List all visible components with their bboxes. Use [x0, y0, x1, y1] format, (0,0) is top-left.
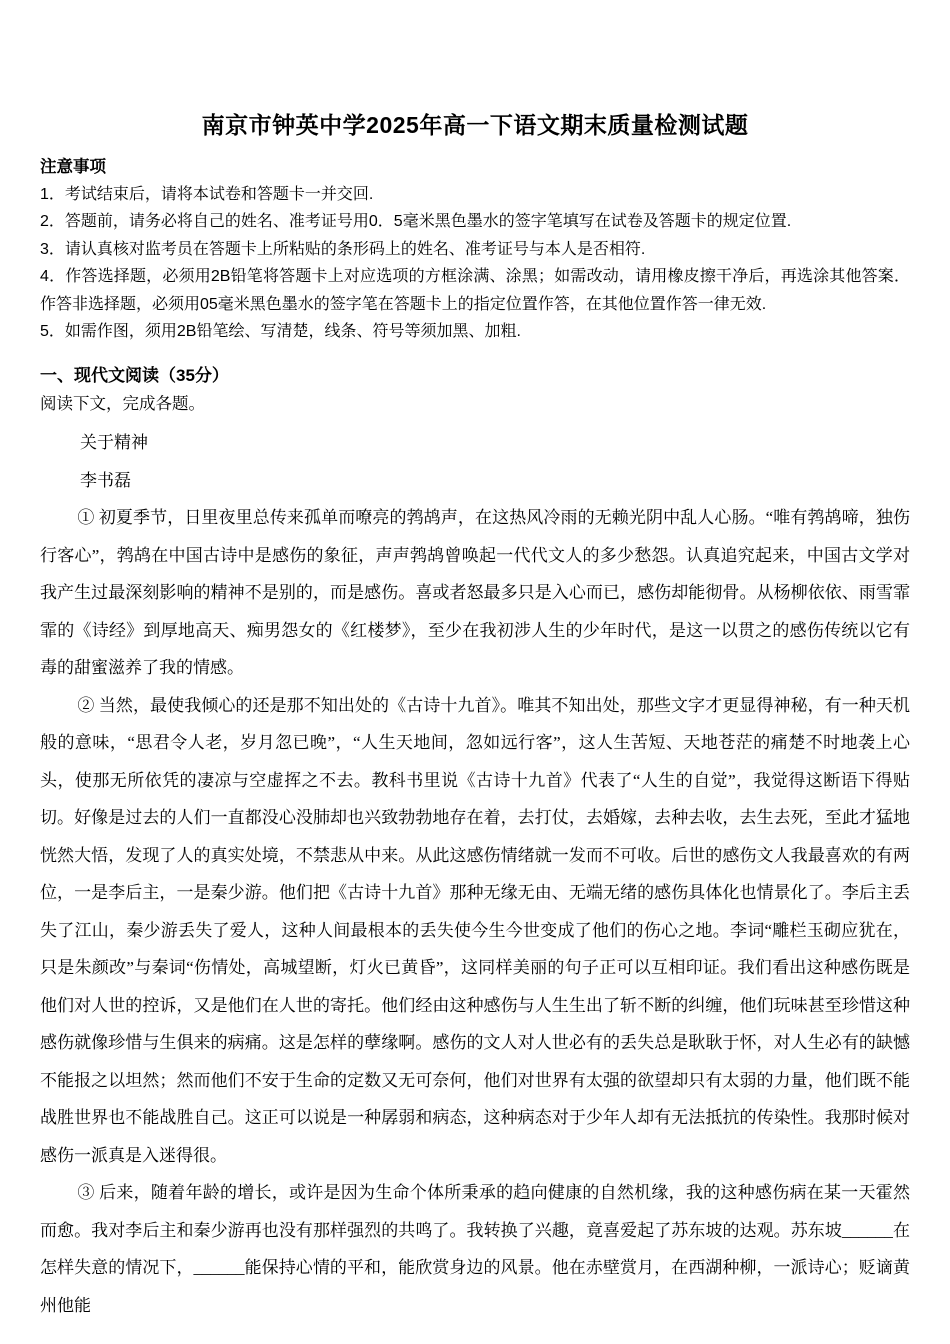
notice-heading: 注意事项	[40, 154, 910, 181]
notice-item-2: 2．答题前，请务必将自己的姓名、准考证号用0．5毫米黑色墨水的签字笔填写在试卷及…	[40, 208, 910, 235]
notice-item-1: 1．考试结束后，请将本试卷和答题卡一并交回.	[40, 181, 910, 208]
notice-item-4: 4．作答选择题，必须用2B铅笔将答题卡上对应选项的方框涂满、涂黑；如需改动，请用…	[40, 263, 910, 318]
section-heading: 一、现代文阅读（35分）	[40, 362, 910, 390]
essay-paragraph-1: ① 初夏季节，日里夜里总传来孤单而嘹亮的鹁鸪声，在这热风冷雨的无赖光阴中乱人心肠…	[40, 499, 910, 687]
notice-item-5: 5．如需作图，须用2B铅笔绘、写清楚，线条、符号等须加黑、加粗.	[40, 318, 910, 345]
reading-instruction: 阅读下文，完成各题。	[40, 390, 910, 418]
essay-paragraph-3: ③ 后来，随着年龄的增长，或许是因为生命个体所秉承的趋向健康的自然机缘，我的这种…	[40, 1174, 910, 1324]
modern-reading-section: 一、现代文阅读（35分） 阅读下文，完成各题。 关于精神 李书磊 ① 初夏季节，…	[40, 362, 910, 1324]
notice-section: 注意事项 1．考试结束后，请将本试卷和答题卡一并交回. 2．答题前，请务必将自己…	[40, 154, 910, 345]
notice-item-3: 3．请认真核对监考员在答题卡上所粘贴的条形码上的姓名、准考证号与本人是否相符.	[40, 236, 910, 263]
essay-author: 李书磊	[40, 462, 910, 500]
page-title: 南京市钟英中学2025年高一下语文期末质量检测试题	[40, 108, 910, 142]
essay-paragraph-2: ② 当然，最使我倾心的还是那不知出处的《古诗十九首》。唯其不知出处，那些文字才更…	[40, 687, 910, 1175]
essay-body: 关于精神 李书磊 ① 初夏季节，日里夜里总传来孤单而嘹亮的鹁鸪声，在这热风冷雨的…	[40, 424, 910, 1324]
essay-title: 关于精神	[40, 424, 910, 462]
exam-document-page: 南京市钟英中学2025年高一下语文期末质量检测试题 注意事项 1．考试结束后，请…	[0, 0, 950, 1344]
